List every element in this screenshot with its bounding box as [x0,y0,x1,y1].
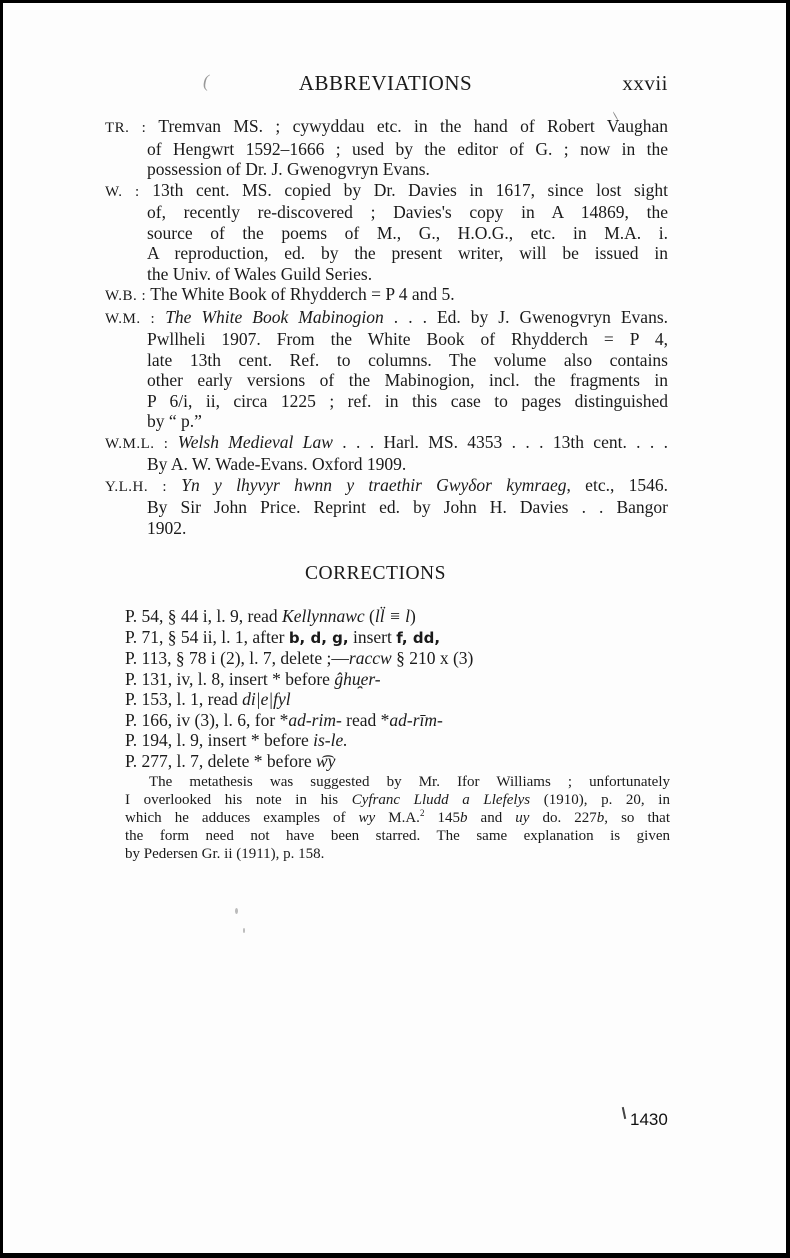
corrections-heading: CORRECTIONS [103,563,648,585]
entry-line: 1902. [105,518,668,539]
correction-item: P. 71, § 54 ii, l. 1, after b, d, g, ins… [125,627,670,649]
entry-line: possession of Dr. J. Gwenogvryn Evans. [105,159,668,180]
entry-line: W.M.L. : Welsh Medieval Law . . . Harl. … [105,432,668,455]
entry-line: By Sir John Price. Reprint ed. by John H… [105,497,668,518]
archive-stamp-number: 1430 [630,1110,668,1130]
work-title: Welsh Medieval Law [178,432,333,452]
work-title: The White Book Mabinogion [165,307,384,327]
abbreviation-entry-wml: W.M.L. : Welsh Medieval Law . . . Harl. … [105,432,668,475]
paper-speck [243,928,245,933]
abbreviation-label: TR. : [105,120,146,136]
page-number: xxvii [622,71,668,96]
entry-line: of, recently re-discovered ; Davies's co… [105,202,668,223]
entry-line: A reproduction, ed. by the present write… [105,243,668,264]
paper-speck [235,908,238,914]
abbreviation-entry-wb: W.B. : The White Book of Rhydderch = P 4… [105,284,668,307]
note-line: the form need not have been starred. The… [125,827,670,845]
abbreviation-label: W. : [105,184,140,200]
abbreviation-label: W.B. : [105,288,146,304]
entry-line: TR. : Tremvan MS. ; cywyddau etc. in the… [105,116,668,139]
entry-line: W. : 13th cent. MS. copied by Dr. Davies… [105,180,668,203]
abbreviation-entry-ylh: Y.L.H. : Yn y lhyvyr hwnn y traethir Gwy… [105,475,668,539]
abbreviation-label: W.M. : [105,311,155,327]
abbreviations-list: TR. : Tremvan MS. ; cywyddau etc. in the… [105,116,668,538]
corrections-note: The metathesis was suggested by Mr. Ifor… [125,773,670,863]
entry-line: Pwllheli 1907. From the White Book of Rh… [105,329,668,350]
abbreviation-entry-tr: TR. : Tremvan MS. ; cywyddau etc. in the… [105,116,668,180]
correction-item: P. 277, l. 7, delete * before w͡y [125,751,670,772]
abbreviation-label: W.M.L. : [105,436,168,452]
correction-item: P. 166, iv (3), l. 6, for *ad-rim- read … [125,710,670,731]
entry-line: of Hengwrt 1592–1666 ; used by the edito… [105,139,668,160]
entry-line: by “ p.” [105,411,668,432]
note-line: I overlooked his note in his Cyfranc Llu… [125,791,670,809]
entry-line: Y.L.H. : Yn y lhyvyr hwnn y traethir Gwy… [105,475,668,498]
page-title: ABBREVIATIONS [103,71,668,96]
pencil-tick-mark [622,1107,626,1119]
document-page: ( ABBREVIATIONS xxvii TR. : Tremvan MS. … [0,0,790,1258]
entry-line: the Univ. of Wales Guild Series. [105,264,668,285]
corrections-list: P. 54, § 44 i, l. 9, read Kellynnawc (ll… [125,606,670,771]
abbreviation-entry-wm: W.M. : The White Book Mabinogion . . . E… [105,307,668,432]
entry-line: late 13th cent. Ref. to columns. The vol… [105,350,668,371]
correction-item: P. 131, iv, l. 8, insert * before ĝhu̯er… [125,669,670,690]
entry-line: source of the poems of M., G., H.O.G., e… [105,223,668,244]
note-line: by Pedersen Gr. ii (1911), p. 158. [125,845,670,863]
correction-item: P. 194, l. 9, insert * before is-le. [125,730,670,751]
correction-item: P. 113, § 78 i (2), l. 7, delete ;—raccw… [125,648,670,669]
entry-line: P 6/i, ii, circa 1225 ; ref. in this cas… [105,391,668,412]
running-head: ( ABBREVIATIONS xxvii [103,71,668,97]
note-line: The metathesis was suggested by Mr. Ifor… [125,773,670,791]
correction-item: P. 54, § 44 i, l. 9, read Kellynnawc (ll… [125,606,670,627]
entry-line: W.M. : The White Book Mabinogion . . . E… [105,307,668,330]
abbreviation-label: Y.L.H. : [105,479,167,495]
entry-line: W.B. : The White Book of Rhydderch = P 4… [105,284,668,307]
entry-line: other early versions of the Mabinogion, … [105,370,668,391]
work-title: Yn y lhyvyr hwnn y traethir Gwyδor kymra… [181,475,566,495]
note-line: which he adduces examples of wy M.A.2 14… [125,809,670,827]
correction-item: P. 153, l. 1, read di|e|fyl [125,689,670,710]
entry-line: By A. W. Wade-Evans. Oxford 1909. [105,454,668,475]
abbreviation-entry-w: W. : 13th cent. MS. copied by Dr. Davies… [105,180,668,285]
